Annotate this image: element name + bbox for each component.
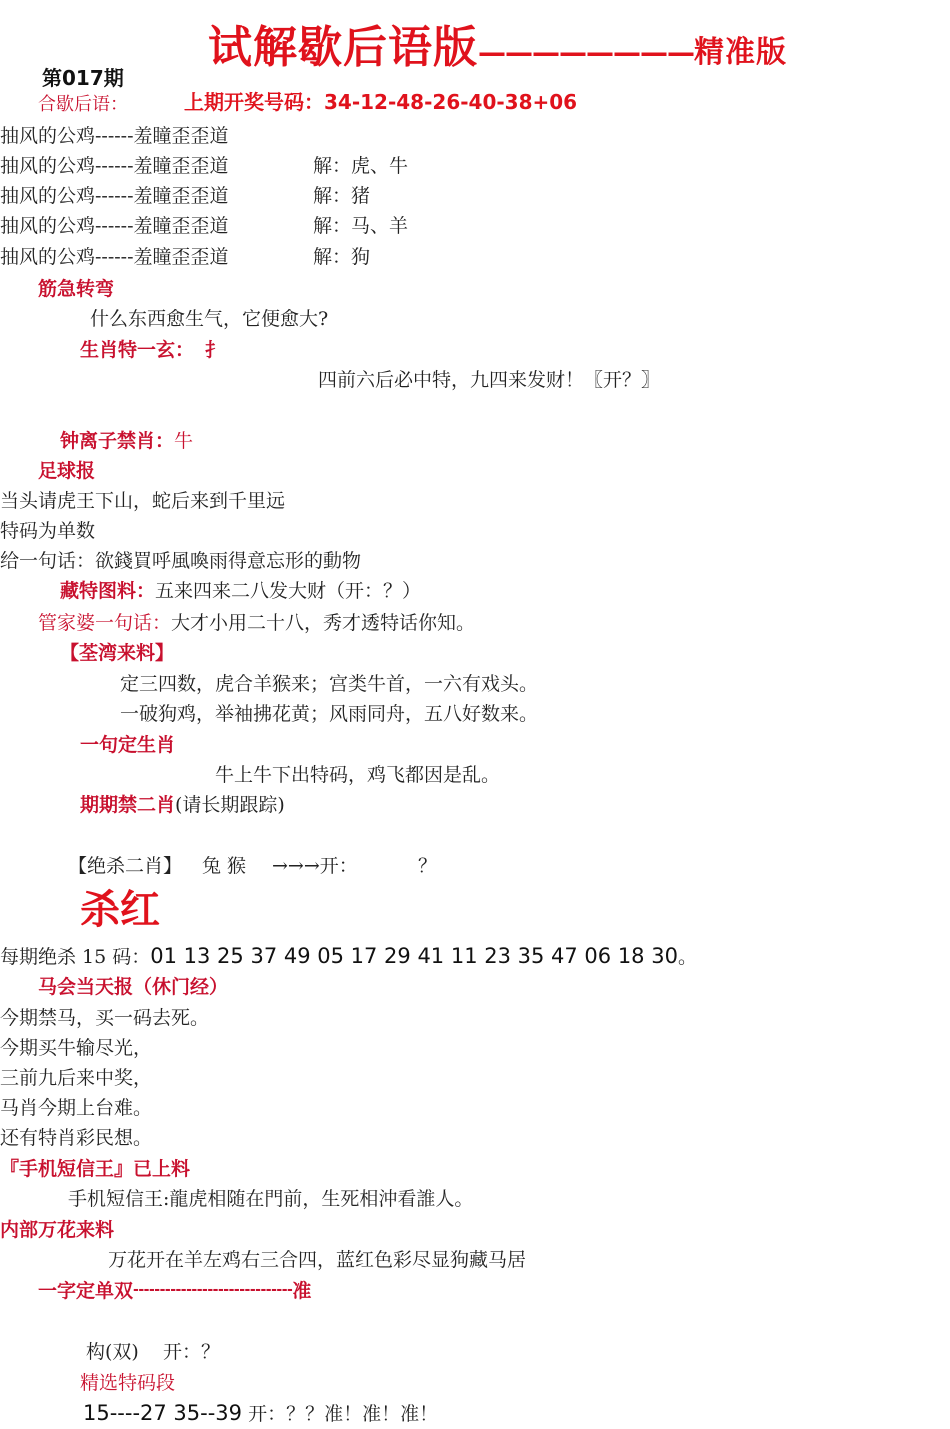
selected-segment: 15----27 35--39 开：？？准！准！准！ bbox=[83, 1403, 438, 1424]
riddle-heading: 筋急转弯 bbox=[38, 280, 114, 299]
selected-segment-numbers: 15----27 35--39 bbox=[83, 1401, 242, 1425]
title-main: 试解歇后语版 bbox=[208, 22, 478, 73]
kill15-end: 。 bbox=[678, 946, 697, 968]
kill15-label: 每期绝杀 15 码： bbox=[0, 946, 150, 968]
quanwan-line: 定三四数，虎合羊猴来；宫类牛首，一六有戏头。 bbox=[120, 675, 538, 694]
sms-king-heading: 『手机短信王』已上料 bbox=[0, 1160, 190, 1179]
hkjc-line: 马肖今期上台难。 bbox=[0, 1099, 152, 1118]
hidden-chart-text: 五来四来二八发大财（开：？） bbox=[155, 580, 421, 602]
housekeeper-text: 大才小用二十八，秀才透特话你知。 bbox=[171, 612, 475, 634]
xiehouyu-line: 抽风的公鸡------羞瞳歪歪道 bbox=[0, 217, 229, 236]
hkjc-line: 三前九后来中奖， bbox=[0, 1069, 152, 1088]
hidden-chart-label: 藏特图料： bbox=[60, 580, 155, 602]
riddle-question: 什么东西愈生气，它便愈大? bbox=[90, 310, 328, 329]
wanhua-text: 万花开在羊左鸡右三合四，蓝红色彩尽显狗藏马居 bbox=[108, 1251, 526, 1270]
football-heading: 足球报 bbox=[38, 462, 95, 481]
xiehouyu-line: 抽风的公鸡------羞瞳歪歪道 bbox=[0, 248, 229, 267]
single-double: 一字定单双------------------------------准 bbox=[38, 1282, 311, 1301]
page-title: 试解歇后语版————————精准版 bbox=[208, 26, 787, 70]
last-draw: 上期开奖号码：34-12-48-26-40-38+06 bbox=[184, 92, 577, 112]
issue-number: 第017期 bbox=[42, 68, 124, 88]
hidden-chart: 藏特图料：五来四来二八发大财（开：？） bbox=[60, 582, 421, 601]
quanwan-line: 一破狗鸡，举袖拂花黄；风雨同舟，五八好数来。 bbox=[120, 705, 538, 724]
hkjc-line: 还有特肖彩民想。 bbox=[0, 1129, 152, 1148]
xiehouyu-line: 抽风的公鸡------羞瞳歪歪道 bbox=[0, 127, 229, 146]
one-sentence-text: 牛上牛下出特码，鸡飞都因是乱。 bbox=[215, 766, 500, 785]
kill15: 每期绝杀 15 码：01 13 25 37 49 05 17 29 41 11 … bbox=[0, 946, 697, 967]
xiehouyu-answer: 解：猪 bbox=[313, 187, 370, 206]
single-double-heading: 一字定单双 bbox=[38, 1280, 133, 1302]
housekeeper: 管家婆一句话：大才小用二十八，秀才透特话你知。 bbox=[38, 614, 475, 633]
kill-two-label: 【绝杀二肖】 bbox=[68, 857, 182, 876]
sms-king-text: 手机短信王:龍虎相随在門前，生死相沖看誰人。 bbox=[68, 1190, 473, 1209]
xiehouyu-heading: 合歇后语： bbox=[38, 96, 128, 114]
single-double-tail: 准 bbox=[292, 1280, 311, 1302]
kill-red-heading: 杀红 bbox=[80, 890, 160, 930]
football-line: 当头请虎王下山，蛇后来到千里远 bbox=[0, 492, 285, 511]
one-sentence-heading: 一句定生肖 bbox=[80, 736, 175, 755]
kill-two-arrows: →→→开： bbox=[272, 857, 358, 876]
zhongli-value: 牛 bbox=[174, 430, 193, 452]
period-ban-heading: 期期禁二肖 bbox=[80, 794, 175, 816]
title-subtitle: 精准版 bbox=[694, 35, 787, 70]
housekeeper-label: 管家婆一句话： bbox=[38, 612, 171, 634]
xiehouyu-line: 抽风的公鸡------羞瞳歪歪道 bbox=[0, 157, 229, 176]
wanhua-heading: 内部万花来料 bbox=[0, 1221, 114, 1240]
title-dash: ———————— bbox=[478, 36, 694, 69]
zhongli-label-text: 钟离子禁肖： bbox=[60, 430, 174, 452]
xiehouyu-answer: 解：马、羊 bbox=[313, 217, 408, 236]
zhongli-label: 钟离子禁肖：牛 bbox=[60, 432, 193, 451]
zodiac-value: 扌 bbox=[205, 341, 224, 360]
xiehouyu-line: 抽风的公鸡------羞瞳歪歪道 bbox=[0, 187, 229, 206]
riddle-verse: 四前六后必中特，九四来发财！〖开？〗 bbox=[318, 371, 660, 390]
xiehouyu-answer: 解：虎、牛 bbox=[313, 157, 408, 176]
selected-segment-heading: 精选特码段 bbox=[80, 1374, 175, 1393]
kill15-numbers: 01 13 25 37 49 05 17 29 41 11 23 35 47 0… bbox=[150, 944, 678, 968]
single-double-answer: 构(双) 开：？ bbox=[86, 1343, 220, 1362]
selected-segment-suffix: 开：？？准！准！准！ bbox=[242, 1403, 438, 1425]
xiehouyu-answer: 解：狗 bbox=[313, 248, 370, 267]
period-ban-note: (请长期跟踪) bbox=[175, 794, 285, 816]
single-double-dashes: ------------------------------ bbox=[133, 1282, 292, 1298]
quanwan-heading: 【荃湾来料】 bbox=[60, 644, 174, 663]
hkjc-line: 今期买牛输尽光， bbox=[0, 1039, 152, 1058]
football-line: 给一句话：欲錢買呼風喚雨得意忘形的動物 bbox=[0, 552, 361, 571]
hkjc-line: 今期禁马，买一码去死。 bbox=[0, 1009, 209, 1028]
kill-two-value: 兔 猴 bbox=[202, 857, 246, 876]
zodiac-label: 生肖特一玄： bbox=[80, 341, 194, 360]
kill-two-result: ？ bbox=[418, 857, 437, 876]
period-ban: 期期禁二肖(请长期跟踪) bbox=[80, 796, 285, 815]
hkjc-heading: 马会当天报（休门经） bbox=[38, 978, 228, 997]
football-line: 特码为单数 bbox=[0, 522, 95, 541]
